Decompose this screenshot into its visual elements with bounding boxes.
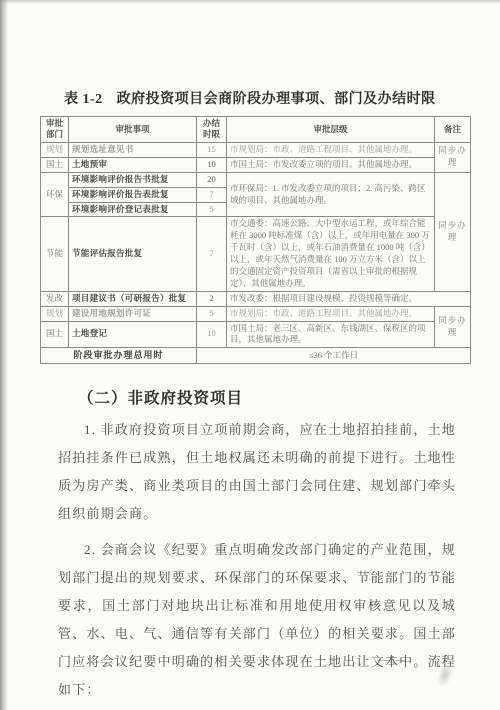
total-value: ≤36 个工作日: [197, 348, 471, 364]
total-label: 阶段审批办理总用时: [41, 348, 197, 364]
cell-note: 同步办理: [435, 306, 471, 348]
table-row: 国土 土地预审 10 市国土局：市发改委立项的项目、其他属地办理。: [41, 157, 471, 172]
cell-item: 规划选址意见书: [69, 142, 197, 157]
cell-item: 节能评估报告批复: [69, 217, 197, 291]
cell-item: 项目建议书（可研报告）批复: [69, 291, 197, 306]
cell-note: 同步办理: [435, 142, 471, 172]
cell-level: 市国土局：老三区、高新区、东钱湖区、保税区的项目，其他属地办理。: [227, 321, 435, 348]
cell-time: 5: [197, 306, 227, 321]
cell-level: 市发改委：根据项目建设规模、投资规模等确定。: [227, 291, 471, 306]
cell-dept: 规划: [41, 306, 69, 321]
cell-dept: 发改: [41, 291, 69, 306]
header-time: 办结时限: [197, 117, 227, 143]
cell-level: 市规划局：市政、道路工程项目、其他属地办理。: [227, 142, 435, 157]
cell-time: 10: [197, 157, 227, 172]
table-number: 表 1-2: [64, 92, 103, 107]
cell-level: 市环保局：1. 市发改委立项的项目；2. 高污染、跨区域的项目、其他属地办理。: [227, 172, 435, 217]
cell-item: 环境影响评价报告书批复: [69, 172, 197, 187]
table-row: 国土 土地登记 10 市国土局：老三区、高新区、东钱湖区、保税区的项目，其他属地…: [41, 321, 471, 348]
cell-time: 7: [197, 217, 227, 291]
cell-item: 环境影响评价报告表批复: [69, 187, 197, 202]
table-row: 环保 环境影响评价报告书批复 20 市环保局：1. 市发改委立项的项目；2. 高…: [41, 172, 471, 187]
cell-level: 市国土局：市发改委立项的项目、其他属地办理。: [227, 157, 435, 172]
table-header-row: 审批部门 审批事项 办结时限 审批层级 备注: [41, 117, 471, 143]
scanned-document-page: 表 1-2政府投资项目会商阶段办理事项、部门及办结时限 审批部门 审批事项 办结…: [0, 0, 500, 710]
paragraph-1: 1. 非政府投资项目立项前期会商，应在土地招拍挂前，土地招拍挂条件已成熟，但土地…: [58, 416, 456, 528]
table-total-row: 阶段审批办理总用时 ≤36 个工作日: [41, 348, 471, 364]
cell-item: 环境影响评价登记表批复: [69, 202, 197, 217]
table-row: 规划 规划选址意见书 15 市规划局：市政、道路工程项目、其他属地办理。 同步办…: [41, 142, 471, 157]
cell-note: 同步办理: [435, 172, 471, 291]
header-item: 审批事项: [69, 117, 197, 143]
page-content: 表 1-2政府投资项目会商阶段办理事项、部门及办结时限 审批部门 审批事项 办结…: [40, 88, 470, 704]
header-note: 备注: [435, 117, 471, 143]
cell-dept: 环保: [41, 172, 69, 217]
cell-time: 5: [197, 202, 227, 217]
table-row: 规划 建设用地规划许可证 5 市规划局：市政、道路工程项目、其他属地办理。 同步…: [41, 306, 471, 321]
cell-dept: 规划: [41, 142, 69, 157]
cell-item: 建设用地规划许可证: [69, 306, 197, 321]
scan-top-shadow: [0, 0, 500, 4]
table-row: 节能 节能评估报告批复 7 市交通委：高速公路、大中型水运工程，或年综合能耗在 …: [41, 217, 471, 291]
cell-dept: 节能: [41, 217, 69, 291]
cell-level: 市交通委：高速公路、大中型水运工程，或年综合能耗在 3000 吨标准煤（含）以上…: [227, 217, 435, 291]
cell-item: 土地预审: [69, 157, 197, 172]
page-number: —5—: [378, 655, 407, 666]
cell-time: 15: [197, 142, 227, 157]
table-title: 表 1-2政府投资项目会商阶段办理事项、部门及办结时限: [64, 88, 470, 108]
scan-edge-shadow: [0, 0, 8, 710]
cell-level: 市规划局：市政、道路工程项目、其他属地办理。: [227, 306, 435, 321]
cell-time: 20: [197, 172, 227, 187]
approval-table: 审批部门 审批事项 办结时限 审批层级 备注 规划 规划选址意见书 15 市规划…: [40, 116, 471, 364]
header-dept: 审批部门: [41, 117, 69, 143]
table-title-text: 政府投资项目会商阶段办理事项、部门及办结时限: [117, 92, 436, 107]
cell-time: 7: [197, 187, 227, 202]
cell-dept: 国土: [41, 157, 69, 172]
paragraph-2: 2. 会商会议《纪要》重点明确发改部门确定的产业范围，规划部门提出的规划要求、环…: [58, 536, 456, 704]
table-row: 发改 项目建议书（可研报告）批复 2 市发改委：根据项目建设规模、投资规模等确定…: [41, 291, 471, 306]
cell-item: 土地登记: [69, 321, 197, 348]
cell-dept: 国土: [41, 321, 69, 348]
cell-time: 2: [197, 291, 227, 306]
header-level: 审批层级: [227, 117, 435, 143]
cell-time: 10: [197, 321, 227, 348]
section-heading: （二）非政府投资项目: [78, 386, 470, 408]
